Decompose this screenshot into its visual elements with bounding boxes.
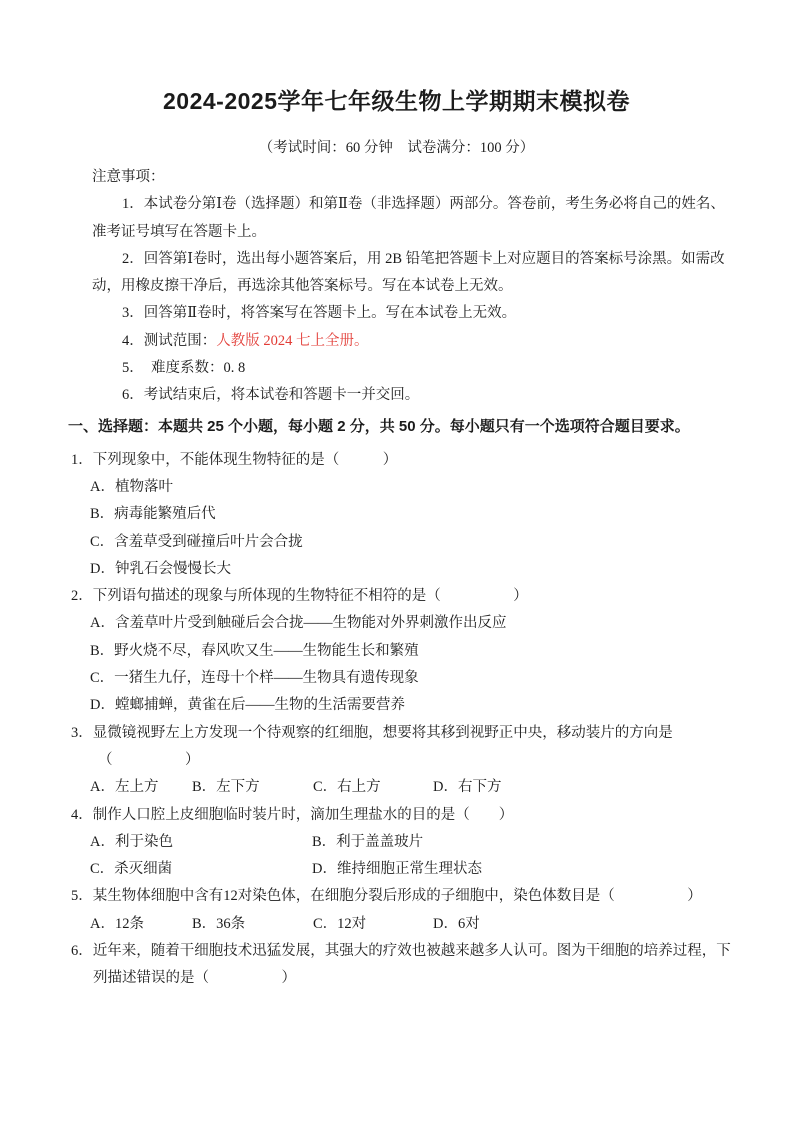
question-3-option-a: A．左上方 — [90, 774, 192, 801]
question-5: 5．某生物体细胞中含有12对染色体，在细胞分裂后形成的子细胞中，染色体数目是（ … — [68, 883, 725, 938]
question-4-options-row1: A．利于染色 B．利于盖盖玻片 — [90, 829, 725, 856]
question-2: 2．下列语句描述的现象与所体现的生物特征不相符的是（ ） A．含羞草叶片受到触碰… — [68, 583, 725, 719]
question-1-option-a: A．植物落叶 — [90, 474, 725, 501]
notice-line-4-scope: 人教版 2024 七上全册。 — [216, 333, 368, 349]
notice-line-4: 4．测试范围：人教版 2024 七上全册。 — [122, 328, 725, 355]
question-5-options-row: A．12条 B．36条 C．12对 D．6对 — [90, 911, 725, 938]
question-5-option-c: C．12对 — [313, 911, 433, 938]
question-1-option-d: D．钟乳石会慢慢长大 — [90, 556, 725, 583]
notice-line-1b: 准考证号填写在答题卡上。 — [92, 219, 725, 246]
notice-line-2a: 2．回答第Ⅰ卷时，选出每小题答案后，用 2B 铅笔把答题卡上对应题目的答案标号涂… — [122, 246, 725, 273]
question-3: 3．显微镜视野左上方发现一个待观察的红细胞，想要将其移到视野正中央，移动装片的方… — [68, 720, 725, 802]
notice-line-6: 6．考试结束后，将本试卷和答题卡一并交回。 — [122, 382, 725, 409]
question-3-option-b: B．左下方 — [192, 774, 313, 801]
question-5-stem: 5．某生物体细胞中含有12对染色体，在细胞分裂后形成的子细胞中，染色体数目是（ … — [71, 883, 725, 910]
question-4-option-d: D．维持细胞正常生理状态 — [312, 856, 725, 883]
question-2-option-b: B．野火烧不尽，春风吹又生——生物能生长和繁殖 — [90, 638, 725, 665]
question-1-stem: 1．下列现象中，不能体现生物特征的是（ ） — [71, 447, 725, 474]
question-4-option-c: C．杀灭细菌 — [90, 856, 312, 883]
question-2-stem: 2．下列语句描述的现象与所体现的生物特征不相符的是（ ） — [71, 583, 725, 610]
notice-line-3: 3．回答第Ⅱ卷时，将答案写在答题卡上。写在本试卷上无效。 — [122, 300, 725, 327]
notice-line-1a: 1．本试卷分第Ⅰ卷（选择题）和第Ⅱ卷（非选择题）两部分。答卷前，考生务必将自己的… — [122, 191, 725, 218]
question-3-option-c: C．右上方 — [313, 774, 433, 801]
question-4-option-a: A．利于染色 — [90, 829, 312, 856]
question-3-stem-line1: 3．显微镜视野左上方发现一个待观察的红细胞，想要将其移到视野正中央，移动装片的方… — [71, 720, 725, 747]
exam-paper-page: 2024-2025学年七年级生物上学期期末模拟卷 （考试时间：60 分钟 试卷满… — [0, 0, 793, 1122]
question-6: 6．近年来，随着干细胞技术迅猛发展，其强大的疗效也被越来越多人认可。图为干细胞的… — [68, 938, 725, 993]
notice-heading: 注意事项： — [92, 164, 725, 191]
paper-title: 2024-2025学年七年级生物上学期期末模拟卷 — [68, 86, 725, 116]
question-1: 1．下列现象中，不能体现生物特征的是（ ） A．植物落叶 B．病毒能繁殖后代 C… — [68, 447, 725, 583]
question-1-option-b: B．病毒能繁殖后代 — [90, 501, 725, 528]
notice-line-4-label: 4．测试范围： — [122, 333, 216, 349]
question-2-option-c: C．一猪生九仔，连母十个样——生物具有遗传现象 — [90, 665, 725, 692]
question-2-option-a: A．含羞草叶片受到触碰后会合拢——生物能对外界刺激作出反应 — [90, 610, 725, 637]
question-4: 4．制作人口腔上皮细胞临时装片时，滴加生理盐水的目的是（ ） A．利于染色 B．… — [68, 802, 725, 884]
question-5-option-d: D．6对 — [433, 911, 725, 938]
exam-info-line: （考试时间：60 分钟 试卷满分：100 分） — [68, 136, 725, 160]
notice-line-5: 5． 难度系数：0. 8 — [122, 355, 725, 382]
section1-heading: 一、选择题：本题共 25 个小题，每小题 2 分，共 50 分。每小题只有一个选… — [68, 412, 725, 442]
question-2-option-d: D．螳螂捕蝉，黄雀在后——生物的生活需要营养 — [90, 692, 725, 719]
questions-list: 1．下列现象中，不能体现生物特征的是（ ） A．植物落叶 B．病毒能繁殖后代 C… — [68, 447, 725, 993]
question-6-stem-line1: 6．近年来，随着干细胞技术迅猛发展，其强大的疗效也被越来越多人认可。图为干细胞的… — [71, 938, 725, 965]
question-4-option-b: B．利于盖盖玻片 — [312, 829, 725, 856]
question-4-stem: 4．制作人口腔上皮细胞临时装片时，滴加生理盐水的目的是（ ） — [71, 802, 725, 829]
question-3-stem-line2: （ ） — [98, 747, 725, 774]
question-6-stem-line2: 列描述错误的是（ ） — [93, 965, 725, 992]
question-1-option-c: C．含羞草受到碰撞后叶片会合拢 — [90, 529, 725, 556]
question-3-option-d: D．右下方 — [433, 774, 725, 801]
notice-line-2b: 动，用橡皮擦干净后，再选涂其他答案标号。写在本试卷上无效。 — [92, 273, 725, 300]
question-5-option-a: A．12条 — [90, 911, 192, 938]
question-3-options-row: A．左上方 B．左下方 C．右上方 D．右下方 — [90, 774, 725, 801]
question-5-option-b: B．36条 — [192, 911, 313, 938]
notice-section: 注意事项： 1．本试卷分第Ⅰ卷（选择题）和第Ⅱ卷（非选择题）两部分。答卷前，考生… — [68, 164, 725, 410]
question-4-options-row2: C．杀灭细菌 D．维持细胞正常生理状态 — [90, 856, 725, 883]
